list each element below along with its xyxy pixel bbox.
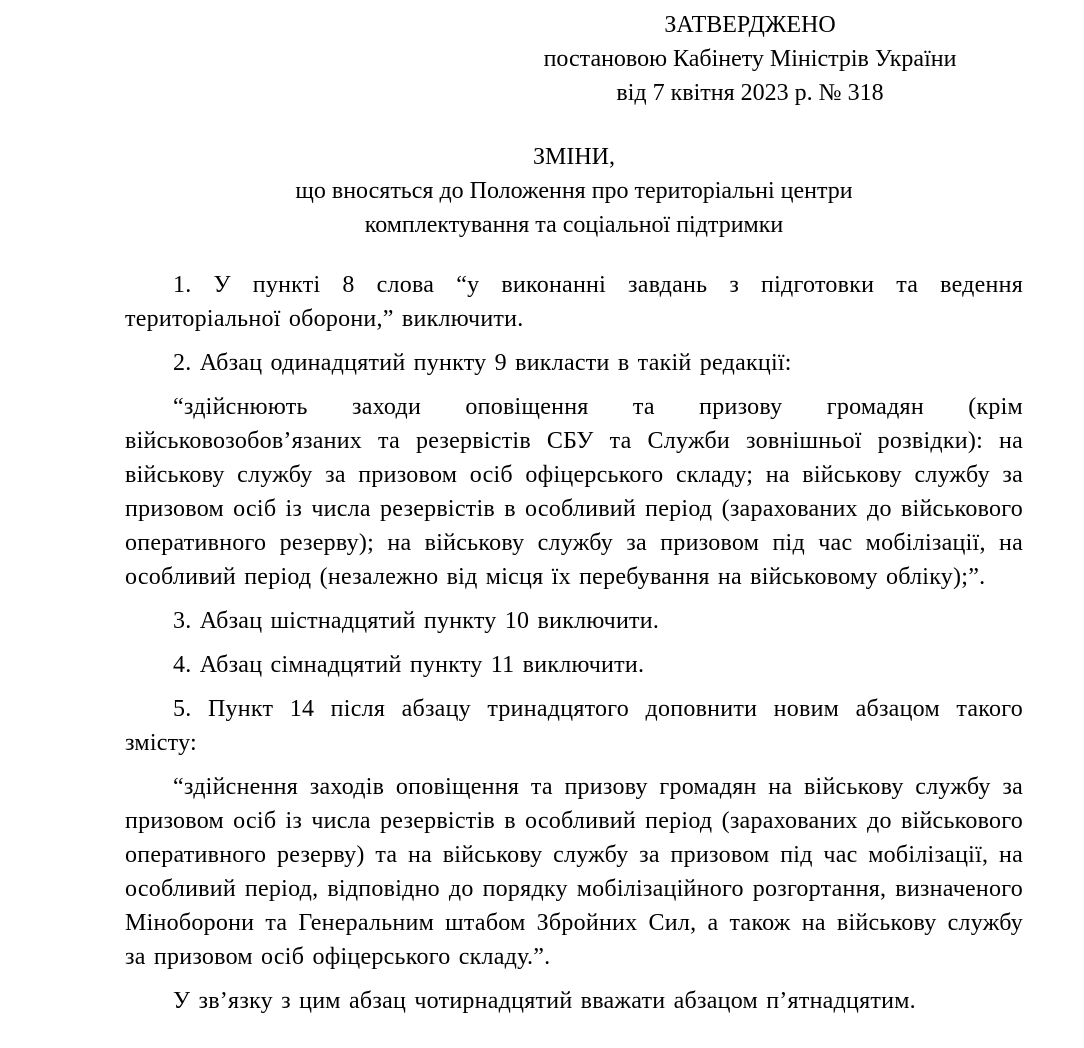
document-title: ЗМІНИ, що вносяться до Положення про тер… (125, 140, 1023, 242)
paragraph-4: 3. Абзац шістнадцятий пункту 10 виключит… (125, 604, 1023, 638)
title-line-2: що вносяться до Положення про територіал… (125, 174, 1023, 208)
paragraph-3: “здійснюють заходи оповіщення та призову… (125, 390, 1023, 594)
approval-line-2: постановою Кабінету Міністрів України (520, 42, 980, 76)
title-line-3: комплектування та соціальної підтримки (125, 208, 1023, 242)
document-page: ЗАТВЕРДЖЕНО постановою Кабінету Міністрі… (0, 0, 1084, 1048)
paragraph-5: 4. Абзац сімнадцятий пункту 11 виключити… (125, 648, 1023, 682)
document-body: 1. У пункті 8 слова “у виконанні завдань… (125, 268, 1023, 1018)
approval-line-3: від 7 квітня 2023 р. № 318 (520, 76, 980, 110)
paragraph-6: 5. Пункт 14 після абзацу тринадцятого до… (125, 692, 1023, 760)
approval-block: ЗАТВЕРДЖЕНО постановою Кабінету Міністрі… (520, 8, 980, 110)
paragraph-1: 1. У пункті 8 слова “у виконанні завдань… (125, 268, 1023, 336)
approval-line-1: ЗАТВЕРДЖЕНО (520, 8, 980, 42)
paragraph-8: У зв’язку з цим абзац чотирнадцятий вваж… (125, 984, 1023, 1018)
paragraph-2: 2. Абзац одинадцятий пункту 9 викласти в… (125, 346, 1023, 380)
paragraph-7: “здійснення заходів оповіщення та призов… (125, 770, 1023, 974)
title-line-1: ЗМІНИ, (125, 140, 1023, 174)
